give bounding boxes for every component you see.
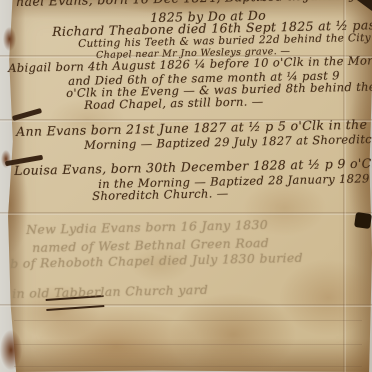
edge-stain bbox=[0, 330, 22, 370]
corner-fold-mark bbox=[357, 0, 372, 11]
manuscript-line: Shoreditch Church. — bbox=[92, 186, 229, 203]
edge-ink-mark bbox=[354, 212, 372, 229]
fold-crease bbox=[0, 212, 372, 215]
manuscript-photo: hael Evans, born 16 Dec 1824, Baptized i… bbox=[0, 0, 372, 372]
ruled-line bbox=[14, 320, 362, 321]
edge-stain bbox=[3, 27, 16, 51]
ruled-line bbox=[14, 366, 362, 367]
ruled-line bbox=[14, 344, 362, 345]
